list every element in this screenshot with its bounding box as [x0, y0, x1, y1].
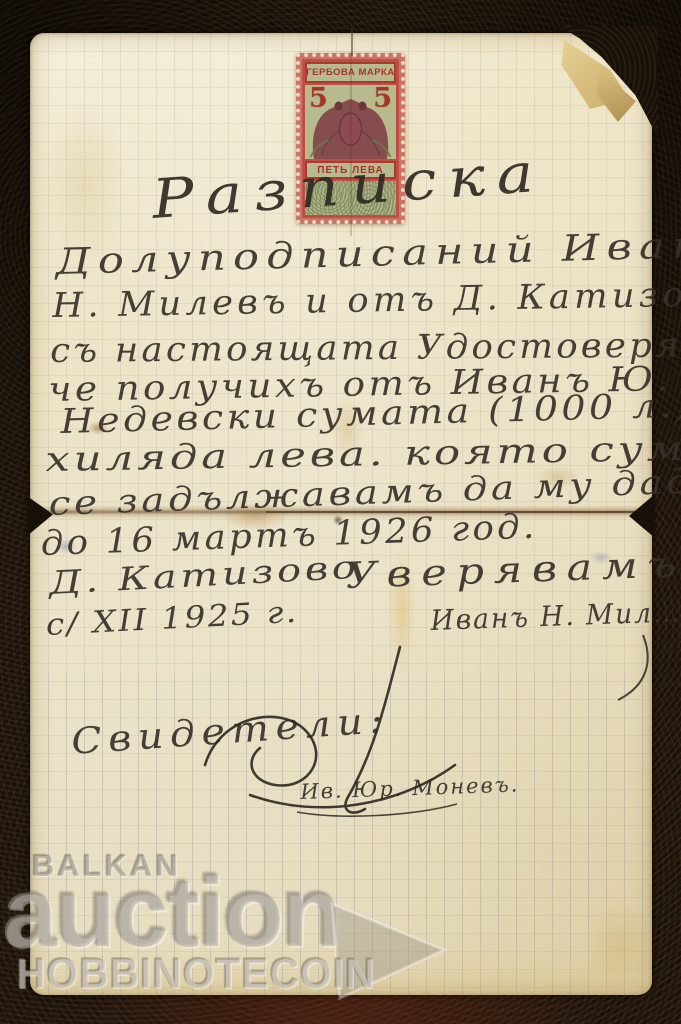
photo-background: ГЕРБОВА МАРКА 5 5 ПЕТЬ ЛЕВА Разписка Дол… [0, 0, 681, 1024]
stamp-denomination-left: 5 [309, 85, 328, 112]
signature-underline [292, 800, 462, 822]
signer-descender-flourish [598, 630, 658, 710]
stamp-denomination-right: 5 [373, 85, 392, 112]
